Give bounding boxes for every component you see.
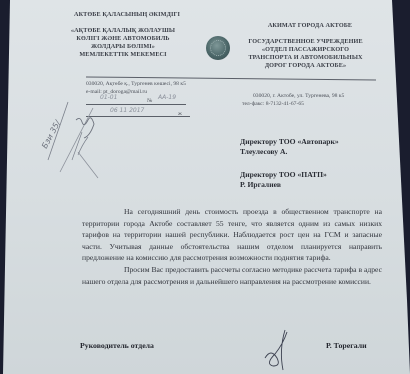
registration-number: AA-19	[158, 94, 176, 101]
signatory-name: Р. Торегали	[326, 341, 367, 350]
addressee-title: Директору ТОО «Автопарк»	[240, 137, 339, 147]
left-dept-line: КӨЛІГІ ЖӘНЕ АВТОМОБИЛЬ	[48, 35, 198, 43]
registration-number-label: №	[147, 97, 152, 105]
left-dept-block: «АҚТӨБЕ ҚАЛАЛЫҚ ЖОЛАУШЫ КӨЛІГІ ЖӘНЕ АВТО…	[48, 27, 198, 59]
addressee-2: Директору ТОО «ПАТП» Р. Иргалиев	[240, 170, 327, 190]
body-paragraph-1: На сегодняшний день стоимость проезда в …	[82, 206, 382, 264]
right-org-title: АКИМАТ ГОРОДА АКТОБЕ	[245, 22, 375, 30]
signature-icon	[263, 328, 293, 372]
addressee-name: Тлеулесову А.	[240, 147, 339, 157]
addressee-1: Директору ТОО «Автопарк» Тлеулесову А.	[240, 137, 339, 157]
registration-date: 06 11 2017	[110, 107, 144, 114]
body-paragraph-2: Просим Вас предоставить рассчеты согласн…	[82, 264, 382, 287]
left-dept-line: ЖОЛДАРЫ БӨЛІМІ»	[48, 43, 198, 51]
state-emblem-icon	[206, 36, 230, 60]
left-org-title: АКТӨБЕ ҚАЛАСЫНЫҢ ӘКІМДІГІ	[52, 11, 202, 19]
right-address: 030020, г. Актобе, ул. Тургенева, 98 к5	[253, 92, 344, 100]
right-dept-block: ГОСУДАРСТВЕННОЕ УЧРЕЖДЕНИЕ «ОТДЕЛ ПАССАЖ…	[238, 38, 373, 70]
addressee-name: Р. Иргалиев	[240, 180, 327, 190]
addressee-title: Директору ТОО «ПАТП»	[240, 170, 327, 180]
left-dept-line: «АҚТӨБЕ ҚАЛАЛЫҚ ЖОЛАУШЫ	[48, 27, 198, 35]
signatory-position: Руководитель отдела	[80, 341, 154, 350]
right-dept-line: ГОСУДАРСТВЕННОЕ УЧРЕЖДЕНИЕ	[238, 38, 373, 46]
right-phone: тел-факс: 8-7132-41-67-65	[242, 100, 304, 108]
registration-suffix: ж	[178, 110, 182, 118]
right-dept-line: «ОТДЕЛ ПАССАЖИРСКОГО	[238, 46, 373, 54]
right-dept-line: ТРАНСПОРТА И АВТОМОБИЛЬНЫХ	[238, 54, 373, 62]
right-dept-line: ДОРОГ ГОРОДА АКТОБЕ»	[238, 62, 373, 70]
left-dept-line: МЕМЛЕКЕТТІК МЕКЕМЕСІ	[48, 51, 198, 59]
left-address: 030020, Ақтөбе қ., Тургенев көшесі, 98 к…	[86, 80, 186, 88]
